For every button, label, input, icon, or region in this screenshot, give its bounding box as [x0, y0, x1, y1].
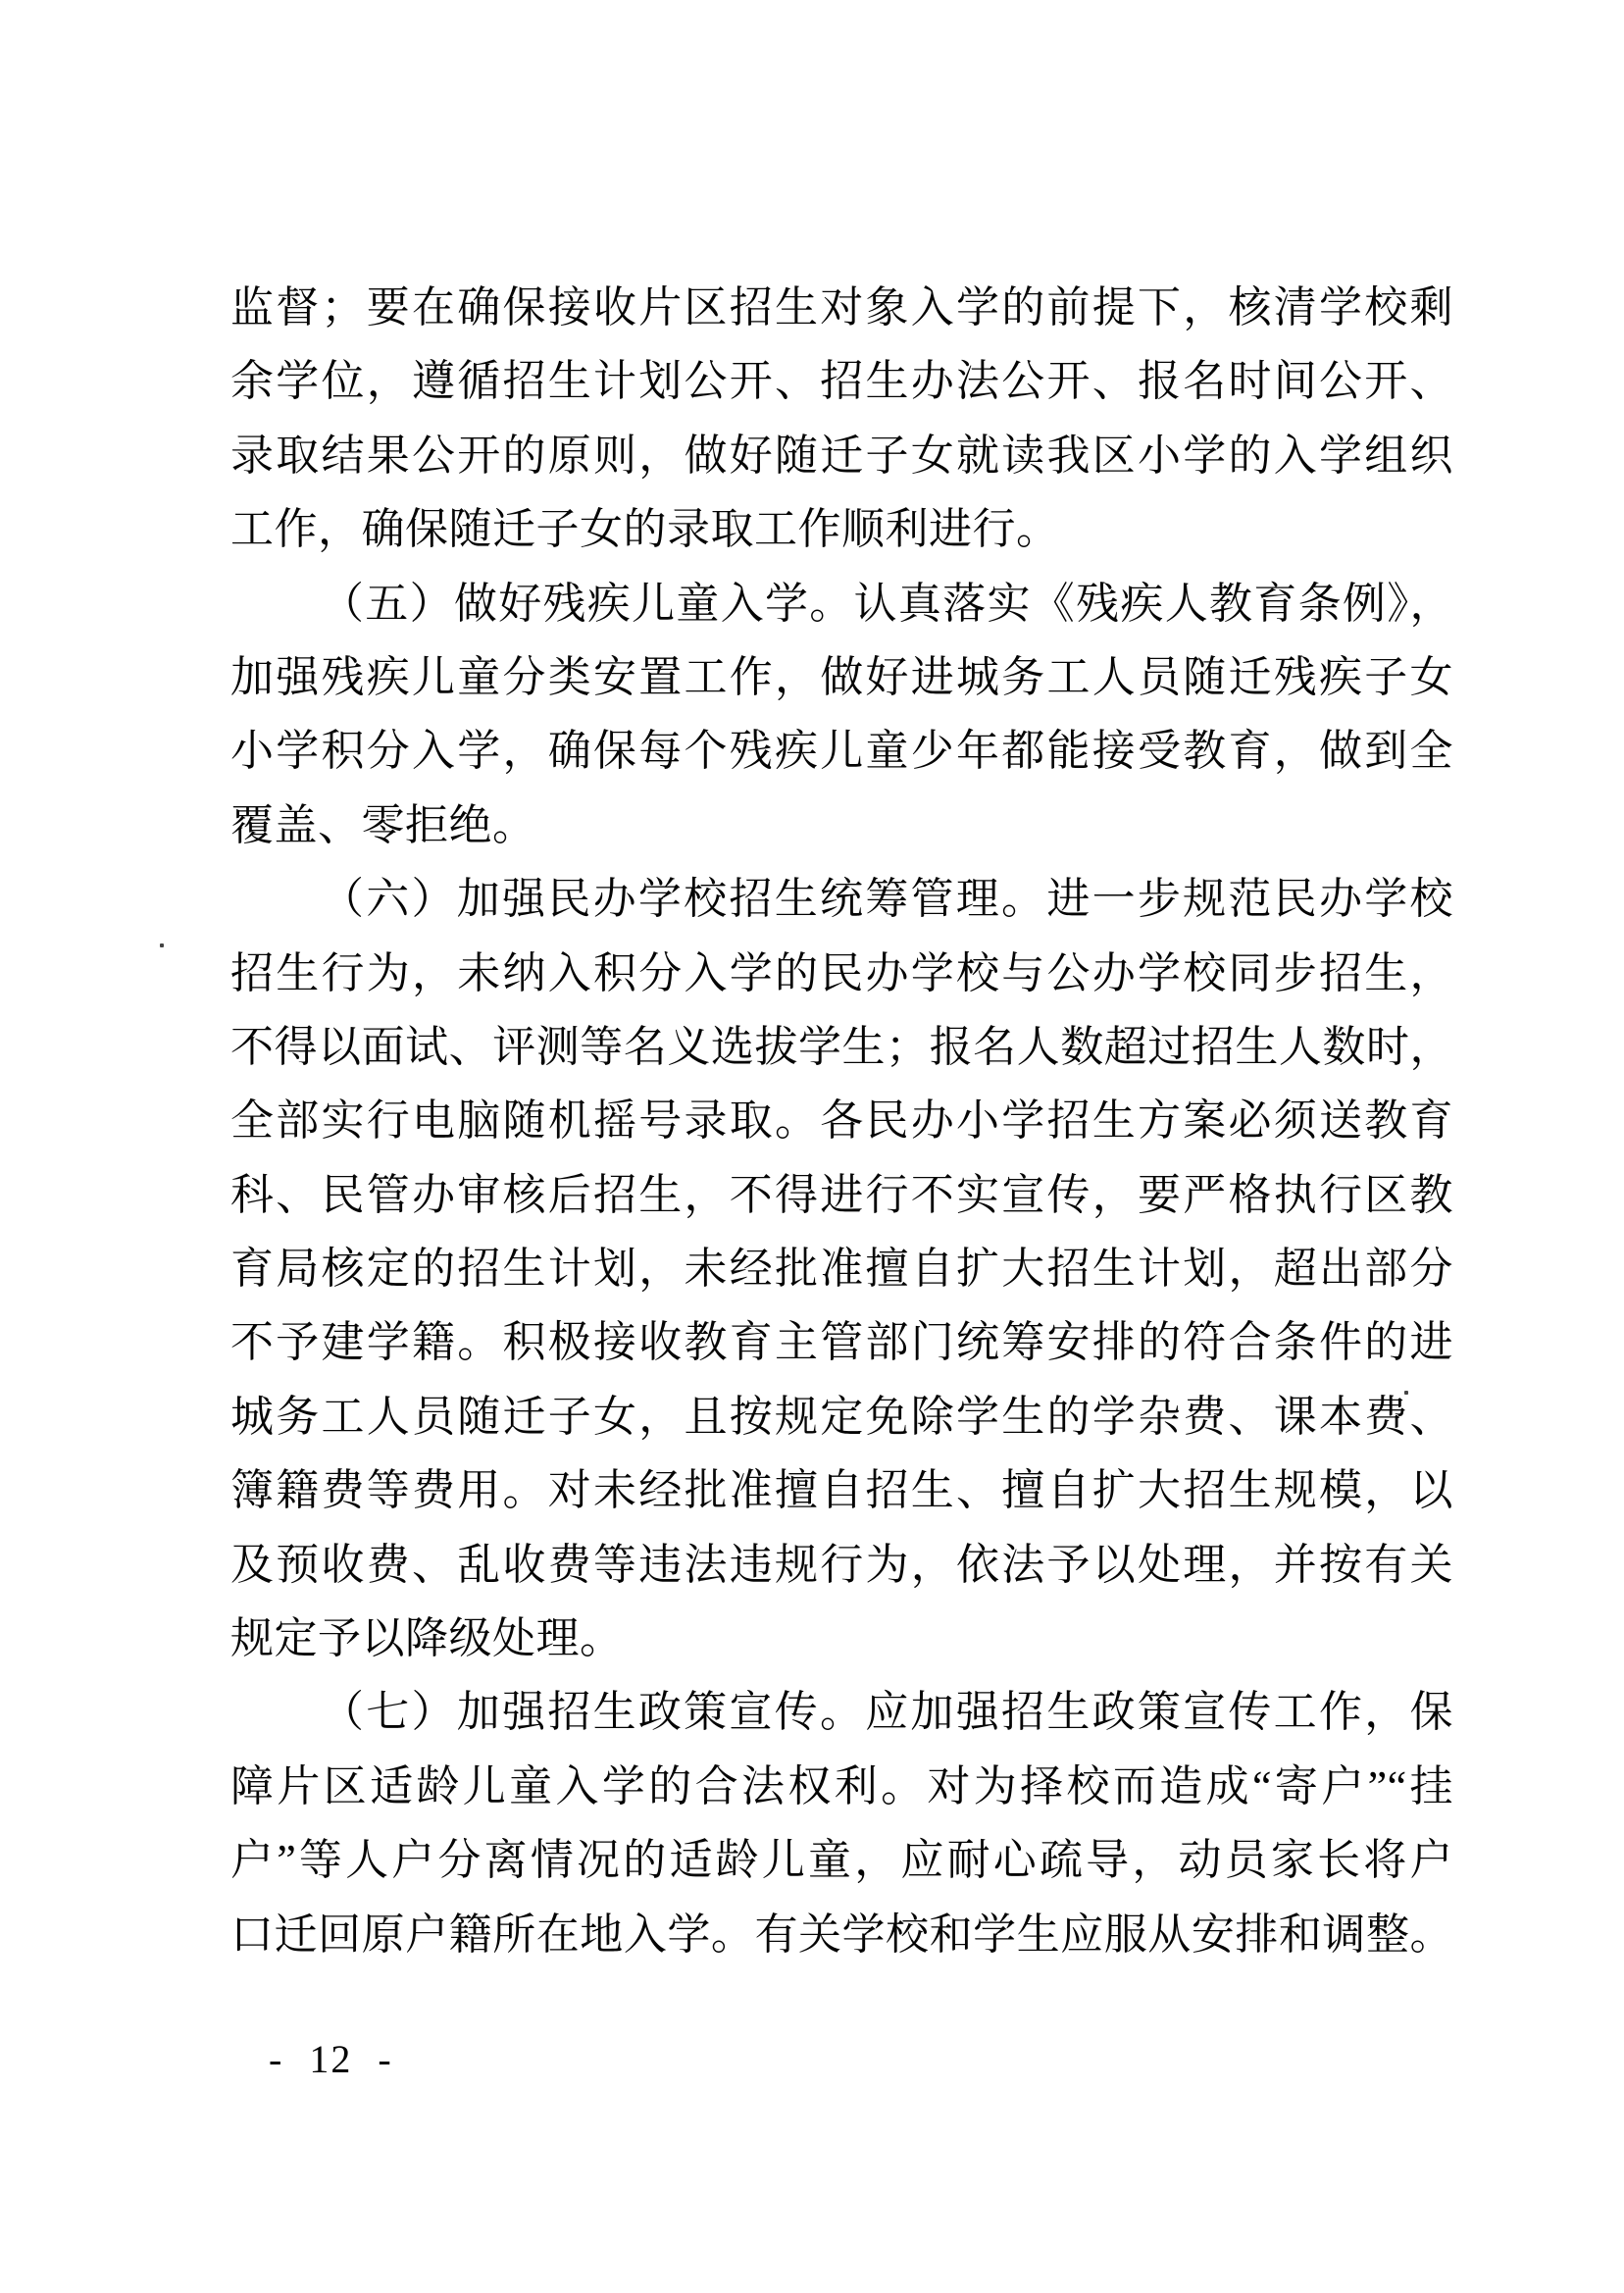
text-line: 不得以面试、评测等名义选拔学生；报名人数超过招生人数时，: [230, 1010, 1453, 1084]
text-line: 加强残疾儿童分类安置工作，做好进城务工人员随迁残疾子女: [230, 640, 1453, 714]
text-line: 小学积分入学，确保每个残疾儿童少年都能接受教育，做到全: [230, 714, 1453, 788]
text-line: 不予建学籍。积极接收教育主管部门统筹安排的符合条件的进: [230, 1305, 1453, 1379]
text-line: （七）加强招生政策宣传。应加强招生政策宣传工作，保: [230, 1675, 1453, 1749]
text-line: 覆盖、零拒绝。: [230, 789, 1453, 862]
text-line: 招生行为，未纳入积分入学的民办学校与公办学校同步招生，: [230, 937, 1453, 1010]
page-number: - 12 -: [269, 2036, 393, 2083]
text-line: 科、民管办审核后招生，不得进行不实宣传，要严格执行区教: [230, 1158, 1453, 1232]
text-line: 口迁回原户籍所在地入学。有关学校和学生应服从安排和调整。: [230, 1898, 1453, 1971]
text-line: 户”等人户分离情况的适龄儿童，应耐心疏导，动员家长将户: [230, 1823, 1453, 1897]
text-line: 及预收费、乱收费等违法违规行为，依法予以处理，并按有关: [230, 1528, 1453, 1602]
text-line: 余学位，遵循招生计划公开、招生办法公开、报名时间公开、: [230, 344, 1453, 418]
scan-speck: [1404, 1391, 1408, 1395]
text-line: 育局核定的招生计划，未经批准擅自扩大招生计划，超出部分: [230, 1232, 1453, 1305]
text-line: （五）做好残疾儿童入学。认真落实《残疾人教育条例》，: [230, 567, 1453, 640]
scan-speck: [160, 943, 164, 947]
text-line: 全部实行电脑随机摇号录取。各民办小学招生方案必须送教育: [230, 1084, 1453, 1157]
text-line: （六）加强民办学校招生统筹管理。进一步规范民办学校: [230, 862, 1453, 936]
text-line: 城务工人员随迁子女，且按规定免除学生的学杂费、课本费、: [230, 1380, 1453, 1453]
text-line: 监督；要在确保接收片区招生对象入学的前提下，核清学校剩: [230, 271, 1453, 344]
text-line: 障片区适龄儿童入学的合法权利。对为择校而造成“寄户”“挂: [230, 1750, 1453, 1823]
body-text: 监督；要在确保接收片区招生对象入学的前提下，核清学校剩余学位，遵循招生计划公开、…: [230, 271, 1453, 1971]
text-line: 簿籍费等费用。对未经批准擅自招生、擅自扩大招生规模，以: [230, 1453, 1453, 1527]
document-page: 监督；要在确保接收片区招生对象入学的前提下，核清学校剩余学位，遵循招生计划公开、…: [0, 0, 1624, 2293]
text-line: 工作，确保随迁子女的录取工作顺利进行。: [230, 492, 1453, 566]
text-line: 规定予以降级处理。: [230, 1602, 1453, 1675]
text-line: 录取结果公开的原则，做好随迁子女就读我区小学的入学组织: [230, 419, 1453, 492]
